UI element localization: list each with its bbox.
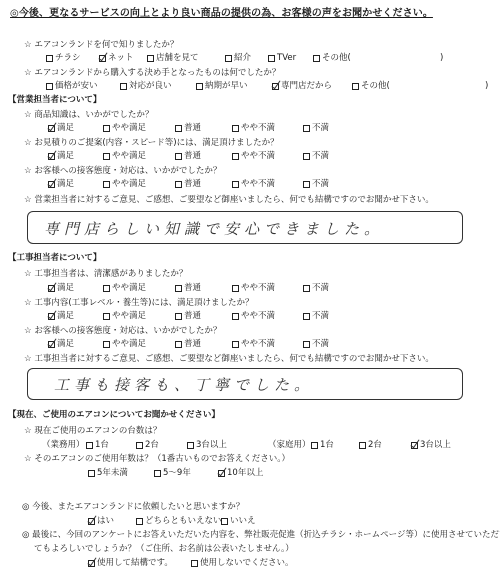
rating-construction-attitude-1[interactable]: やや満足 (103, 340, 146, 349)
question-construction-attitude: ☆ お客様への接客態度・対応は、いかがでしたか？ (24, 327, 221, 336)
rating-construction-attitude-2[interactable]: 普通 (175, 340, 201, 349)
checked-checkbox-icon[interactable] (272, 83, 279, 90)
checkbox-icon[interactable] (103, 341, 110, 348)
checkbox-icon[interactable] (303, 313, 310, 320)
option-home-count-2[interactable]: 3台以上 (411, 441, 451, 450)
option-label: 使用しないでください。 (200, 559, 294, 568)
question-construction-quality: ☆ 工事内容(工事レベル・養生等)には、満足頂けましたか？ (24, 299, 253, 308)
checkbox-icon[interactable] (46, 83, 53, 90)
question-deciding-factor: ☆ エアコンランドから購入する決め手となったものは何でしたか？ (24, 69, 280, 78)
checkbox-icon[interactable] (147, 55, 154, 62)
checked-checkbox-icon[interactable] (48, 341, 55, 348)
option-how-found-2[interactable]: 店舗を見て (147, 54, 199, 63)
option-label: 不満 (312, 284, 329, 293)
option-deciding-factor-3[interactable]: 専門店だから (272, 82, 332, 91)
option-label: どちらともいえない (145, 517, 222, 526)
option-label: 普通 (184, 124, 201, 133)
question-sales-comment: ☆ 営業担当者に対するご意見、ご感想、ご要望など御座いましたら、何でも結構ですの… (24, 196, 434, 205)
checked-checkbox-icon[interactable] (48, 181, 55, 188)
rating-sales-estimate-2[interactable]: 普通 (175, 152, 201, 161)
checkbox-icon[interactable] (120, 83, 127, 90)
option-years-1[interactable]: 5～9年 (154, 469, 191, 478)
option-label: 3台以上 (420, 441, 451, 450)
option-label: 満足 (57, 340, 74, 349)
option-label: その他( (322, 54, 351, 63)
checkbox-icon[interactable] (268, 55, 275, 62)
checkbox-icon[interactable] (175, 125, 182, 132)
checked-checkbox-icon[interactable] (88, 518, 95, 525)
rating-construction-attitude-0[interactable]: 満足 (48, 340, 74, 349)
checkbox-icon[interactable] (232, 341, 239, 348)
option-label: 普通 (184, 152, 201, 161)
checkbox-icon[interactable] (303, 125, 310, 132)
option-label: 2台 (145, 441, 159, 450)
option-permission-0[interactable]: 使用して結構です。 (88, 559, 173, 568)
rating-sales-attitude-3[interactable]: やや不満 (232, 180, 275, 189)
option-label: 2台 (368, 441, 382, 450)
option-label: 紹介 (234, 54, 251, 63)
home-use-label: （家庭用） (268, 441, 311, 450)
option-label: 普通 (184, 340, 201, 349)
option-label: 1台 (320, 441, 334, 450)
paren-close: ) (440, 54, 443, 63)
option-label: やや不満 (241, 124, 275, 133)
sales-comment-text: 専門店らしい知識で安心できました。 (44, 218, 384, 239)
option-label: 価格が安い (55, 82, 98, 91)
option-label: 不満 (312, 180, 329, 189)
checkbox-icon[interactable] (303, 181, 310, 188)
option-label: やや不満 (241, 284, 275, 293)
option-deciding-factor-1[interactable]: 対応が良い (120, 82, 172, 91)
checkbox-icon[interactable] (154, 470, 161, 477)
question-aircon-count: ☆ 現在ご使用のエアコンの台数は？ (24, 427, 161, 436)
checked-checkbox-icon[interactable] (48, 153, 55, 160)
checked-checkbox-icon[interactable] (48, 285, 55, 292)
option-business-count-1[interactable]: 2台 (136, 441, 159, 450)
question-aircon-years: ☆ そのエアコンのご使用年数は？（1番古いものでお答えください。） (24, 455, 290, 464)
checkbox-icon[interactable] (175, 341, 182, 348)
checkbox-icon[interactable] (303, 285, 310, 292)
checked-checkbox-icon[interactable] (218, 470, 225, 477)
question-permission-line2: てもよろしいでしょうか？（ご住所、お名前は公表いたしません。） (34, 545, 294, 554)
option-label: 専門店だから (281, 82, 332, 91)
rating-sales-knowledge-1[interactable]: やや満足 (103, 124, 146, 133)
option-business-count-0[interactable]: 1台 (86, 441, 109, 450)
option-label: やや満足 (112, 152, 146, 161)
option-permission-1[interactable]: 使用しないでください。 (191, 559, 294, 568)
rating-sales-knowledge-3[interactable]: やや不満 (232, 124, 275, 133)
checkbox-icon[interactable] (88, 470, 95, 477)
option-label: 満足 (57, 284, 74, 293)
checked-checkbox-icon[interactable] (99, 55, 106, 62)
rating-sales-estimate-1[interactable]: やや満足 (103, 152, 146, 161)
checkbox-icon[interactable] (175, 313, 182, 320)
option-label: 10年以上 (227, 469, 263, 478)
rating-sales-attitude-2[interactable]: 普通 (175, 180, 201, 189)
construction-comment-text: 工事も接客も、丁寧でした。 (54, 374, 314, 395)
option-label: 満足 (57, 180, 74, 189)
checkbox-icon[interactable] (136, 518, 143, 525)
option-deciding-factor-2[interactable]: 納期が早い (196, 82, 248, 91)
rating-sales-knowledge-4[interactable]: 不満 (303, 124, 329, 133)
option-label: やや満足 (112, 340, 146, 349)
option-home-count-1[interactable]: 2台 (359, 441, 382, 450)
option-label: はい (97, 517, 114, 526)
option-request-again-2[interactable]: いいえ (221, 517, 256, 526)
section-heading-aircon: 【現在、ご使用のエアコンについてお聞かせください】 (8, 411, 220, 420)
option-label: 不満 (312, 340, 329, 349)
option-label: 不満 (312, 312, 329, 321)
section-heading-construction: 【工事担当者について】 (8, 254, 101, 263)
option-label: TVer (277, 54, 296, 63)
checkbox-icon[interactable] (359, 442, 366, 449)
option-request-again-0[interactable]: はい (88, 517, 114, 526)
checkbox-icon[interactable] (225, 55, 232, 62)
option-label: チラシ (55, 54, 81, 63)
option-label: 店舗を見て (156, 54, 199, 63)
option-label: 普通 (184, 284, 201, 293)
option-label: やや満足 (112, 124, 146, 133)
rating-construction-quality-1[interactable]: やや満足 (103, 312, 146, 321)
checkbox-icon[interactable] (103, 125, 110, 132)
rating-sales-attitude-0[interactable]: 満足 (48, 180, 74, 189)
option-home-count-0[interactable]: 1台 (311, 441, 334, 450)
rating-construction-attitude-4[interactable]: 不満 (303, 340, 329, 349)
checked-checkbox-icon[interactable] (88, 560, 95, 567)
option-label: 満足 (57, 312, 74, 321)
checkbox-icon[interactable] (175, 181, 182, 188)
rating-sales-estimate-4[interactable]: 不満 (303, 152, 329, 161)
checkbox-icon[interactable] (232, 181, 239, 188)
option-label: 対応が良い (129, 82, 172, 91)
checkbox-icon[interactable] (232, 285, 239, 292)
checkbox-icon[interactable] (303, 153, 310, 160)
option-label: 満足 (57, 152, 74, 161)
rating-construction-quality-0[interactable]: 満足 (48, 312, 74, 321)
question-construction-clean: ☆ 工事担当者は、清潔感がありましたか？ (24, 270, 187, 279)
rating-sales-estimate-0[interactable]: 満足 (48, 152, 74, 161)
option-label: やや不満 (241, 152, 275, 161)
section-heading-sales: 【営業担当者について】 (8, 96, 101, 105)
option-business-count-2[interactable]: 3台以上 (187, 441, 227, 450)
checkbox-icon[interactable] (232, 125, 239, 132)
option-label: 普通 (184, 180, 201, 189)
checkbox-icon[interactable] (175, 285, 182, 292)
option-label: やや満足 (112, 284, 146, 293)
checkbox-icon[interactable] (232, 313, 239, 320)
option-deciding-factor-0[interactable]: 価格が安い (46, 82, 98, 91)
option-label: 3台以上 (196, 441, 227, 450)
checkbox-icon[interactable] (196, 83, 203, 90)
rating-construction-clean-0[interactable]: 満足 (48, 284, 74, 293)
rating-sales-knowledge-0[interactable]: 満足 (48, 124, 74, 133)
checkbox-icon[interactable] (232, 153, 239, 160)
option-label: 満足 (57, 124, 74, 133)
checked-checkbox-icon[interactable] (48, 313, 55, 320)
rating-construction-attitude-3[interactable]: やや不満 (232, 340, 275, 349)
rating-construction-clean-4[interactable]: 不満 (303, 284, 329, 293)
option-how-found-4[interactable]: TVer (268, 54, 296, 63)
question-request-again: ◎ 今後、またエアコンランドに依頼したいと思いますか？ (22, 503, 244, 512)
question-how-found: ☆ エアコンランドを何で知りましたか？ (24, 41, 178, 50)
question-sales-knowledge: ☆ 商品知識は、いかがでしたか？ (24, 111, 153, 120)
option-how-found-0[interactable]: チラシ (46, 54, 81, 63)
checked-checkbox-icon[interactable] (48, 125, 55, 132)
option-label: 不満 (312, 152, 329, 161)
checkbox-icon[interactable] (352, 83, 359, 90)
option-request-again-1[interactable]: どちらともいえない (136, 517, 222, 526)
checkbox-icon[interactable] (136, 442, 143, 449)
option-label: ネット (108, 54, 134, 63)
option-label: いいえ (230, 517, 256, 526)
checkbox-icon[interactable] (191, 560, 198, 567)
option-label: 納期が早い (205, 82, 248, 91)
option-how-found-5[interactable]: その他( (313, 54, 351, 63)
option-label: 普通 (184, 312, 201, 321)
checkbox-icon[interactable] (221, 518, 228, 525)
rating-sales-knowledge-2[interactable]: 普通 (175, 124, 201, 133)
option-how-found-1[interactable]: ネット (99, 54, 134, 63)
option-label: 5～9年 (163, 469, 191, 478)
checkbox-icon[interactable] (86, 442, 93, 449)
business-use-label: （業務用） (42, 441, 85, 450)
option-label: やや満足 (112, 312, 146, 321)
rating-construction-quality-2[interactable]: 普通 (175, 312, 201, 321)
option-label: 5年未満 (97, 469, 128, 478)
rating-construction-quality-3[interactable]: やや不満 (232, 312, 275, 321)
rating-construction-quality-4[interactable]: 不満 (303, 312, 329, 321)
checkbox-icon[interactable] (103, 285, 110, 292)
option-label: 不満 (312, 124, 329, 133)
checkbox-icon[interactable] (103, 181, 110, 188)
checkbox-icon[interactable] (103, 153, 110, 160)
rating-construction-clean-2[interactable]: 普通 (175, 284, 201, 293)
rating-sales-estimate-3[interactable]: やや不満 (232, 152, 275, 161)
checkbox-icon[interactable] (187, 442, 194, 449)
paren-close: ) (485, 82, 488, 91)
option-label: 1台 (95, 441, 109, 450)
rating-sales-attitude-1[interactable]: やや満足 (103, 180, 146, 189)
option-label: やや満足 (112, 180, 146, 189)
checkbox-icon[interactable] (46, 55, 53, 62)
checkbox-icon[interactable] (311, 442, 318, 449)
rating-construction-clean-3[interactable]: やや不満 (232, 284, 275, 293)
checkbox-icon[interactable] (303, 341, 310, 348)
question-construction-comment: ☆ 工事担当者に対するご意見、ご感想、ご要望など御座いましたら、何でも結構ですの… (24, 355, 434, 364)
rating-sales-attitude-4[interactable]: 不満 (303, 180, 329, 189)
question-sales-attitude: ☆ お客様への接客態度・対応は、いかがでしたか？ (24, 167, 221, 176)
option-years-2[interactable]: 10年以上 (218, 469, 263, 478)
option-label: やや不満 (241, 340, 275, 349)
rating-construction-clean-1[interactable]: やや満足 (103, 284, 146, 293)
question-permission-line1: ◎ 最後に、今回のアンケートにお答えいただいた内容を、弊社販売促進（折込チラシ・… (22, 531, 500, 540)
option-label: やや不満 (241, 180, 275, 189)
option-label: その他( (361, 82, 390, 91)
option-label: やや不満 (241, 312, 275, 321)
checkbox-icon[interactable] (313, 55, 320, 62)
checkbox-icon[interactable] (103, 313, 110, 320)
option-label: 使用して結構です。 (97, 559, 173, 568)
option-how-found-3[interactable]: 紹介 (225, 54, 251, 63)
option-years-0[interactable]: 5年未満 (88, 469, 128, 478)
checked-checkbox-icon[interactable] (411, 442, 418, 449)
survey-title: ◎今後、更なるサービスの向上とより良い商品の提供の為、お客様の声をお聞かせくださ… (10, 9, 433, 19)
checkbox-icon[interactable] (175, 153, 182, 160)
option-deciding-factor-4[interactable]: その他( (352, 82, 390, 91)
question-sales-estimate: ☆ お見積りのご提案(内容・スピード等)には、満足頂けましたか？ (24, 139, 279, 148)
